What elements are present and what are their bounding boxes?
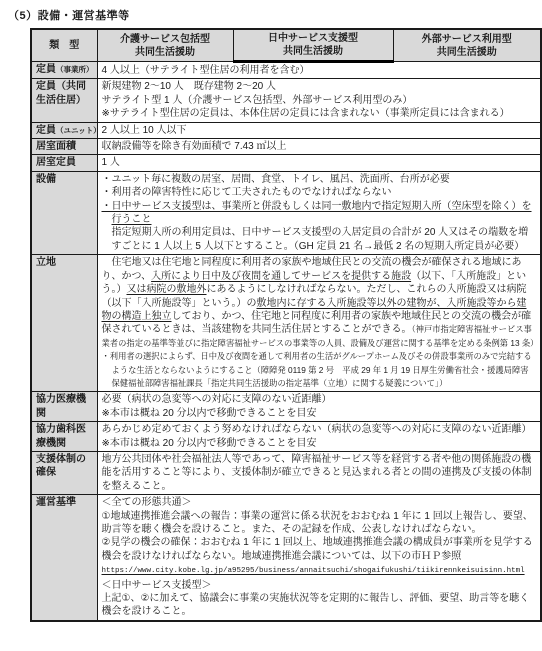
text-segment: 指定短期入所の利用定員は、日中サービス支援型の入居定員の合計が 20 人又はその… (112, 227, 529, 251)
text-segment: ①地域連携推進会議への報告：事業の運営に係る状況をおおむね 1 年に 1 回以上… (102, 511, 533, 535)
text-segment: サテライト型 1 人（介護サービス包括型、外部サービス利用型のみ） (102, 95, 413, 106)
text-segment: ・利用者の選択によらず、日中及び夜間を通して利用者の生活がグループホーム及びその… (102, 351, 532, 388)
text-segment: 支援体制の (36, 454, 86, 465)
row-content-capacity-office: 4 人以上（サテライト型住居の利用者を含む） (97, 62, 541, 79)
text-line: 確保 (36, 466, 93, 479)
text-segment: 居室面積 (36, 141, 76, 152)
text-segment: 協力歯科医療機関 (36, 424, 86, 448)
column-header-line: 共同生活援助 (395, 46, 540, 59)
text-line: 居室定員 (36, 156, 93, 169)
text-segment: 地方公共団体や社会福祉法人等であって、障害福祉サービス等を経営する者や他の関係施… (102, 454, 532, 492)
text-segment: 定員 (36, 64, 56, 75)
column-header-nitchu-shien: 日中サービス支援型共同生活援助 (233, 29, 393, 62)
table-row-dental-partner: 協力歯科医療機関あらかじめ定めておくよう努めなければならない（病状の急変等への対… (31, 422, 541, 452)
table-row-operation-standards: 運営基準＜全ての形態共通＞①地域連携推進会議への報告：事業の運営に係る状況をおお… (31, 495, 541, 621)
text-line: 立地 (36, 256, 93, 269)
column-header-gaibu-riyo: 外部サービス利用型共同生活援助 (393, 29, 541, 62)
text-line: ・利用者の選択によらず、日中及び夜間を通して利用者の生活がグループホーム及びその… (102, 350, 537, 390)
row-label-room-capacity: 居室定員 (31, 155, 97, 171)
row-content-medical-partner: 必要（病状の急変等への対応に支障のない近距離）※本市は概ね 20 分以内で移動で… (97, 392, 541, 422)
text-segment: 収納設備等を除き有効面積で 7.43 ㎡以上 (102, 141, 287, 152)
table-row-capacity-unit: 定員（ユニット）2 人以上 10 人以下 (31, 122, 541, 138)
text-segment: 必要（病状の急変等への対応に支障のない近距離） (102, 394, 332, 405)
row-content-capacity-residence: 新規建物 2～10 人 既存建物 2～20 人サテライト型 1 人（介護サービス… (97, 79, 541, 122)
text-segment: ②見学の機会の確保：おおむね 1 年に 1 回以上、地域連携推進会議の構成員が事… (102, 537, 533, 561)
table-row-room-capacity: 居室定員1 人 (31, 155, 541, 171)
row-label-capacity-residence: 定員（共同生活住居） (31, 79, 97, 122)
row-content-dental-partner: あらかじめ定めておくよう努めなければならない（病状の急変等への対応に支障のない近… (97, 422, 541, 452)
text-line: https://www.city.kobe.lg.jp/a95295/busin… (102, 563, 537, 578)
row-content-location: 住宅地又は住宅地と同程度に利用者の家族や地域住民との交流の機会が確保される地域に… (97, 255, 541, 392)
text-line: 上記①、②に加えて、協議会に事業の実施状況等を定期的に報告し、評価、要望、助言等… (102, 592, 537, 619)
corner-cell-category-label: 類 型 (31, 29, 97, 62)
text-segment: 定員 (36, 125, 56, 136)
text-segment: （ユニット） (56, 126, 101, 135)
text-segment: 入所により日中及び夜間を通してサービスを提供する施設 (151, 271, 411, 282)
header-row: 類 型介護サービス包括型共同生活援助日中サービス支援型共同生活援助外部サービス利… (31, 29, 541, 62)
column-header-line: 日中サービス支援型 (235, 32, 392, 45)
table-row-room-area: 居室面積収納設備等を除き有効面積で 7.43 ㎡以上 (31, 139, 541, 155)
text-segment: 新規建物 2～10 人 既存建物 2～20 人 (102, 81, 276, 92)
text-line: 住宅地又は住宅地と同程度に利用者の家族や地域住民との交流の機会が確保される地域に… (102, 256, 537, 350)
table-row-medical-partner: 協力医療機関必要（病状の急変等への対応に支障のない近距離）※本市は概ね 20 分… (31, 392, 541, 422)
text-segment: ※サテライト型住居の定員は、本体住居の定員には含まれない（事業所定員には含まれる… (102, 108, 510, 119)
text-segment: ・利用者の障害特性に応じて工夫されたものでなければならない (102, 187, 392, 198)
row-label-location: 立地 (31, 255, 97, 392)
column-header-line: 介護サービス包括型 (99, 33, 232, 46)
table-row-equipment: 設備・ユニット毎に複数の居室、居間、食堂、トイレ、風呂、洗面所、台所が必要・利用… (31, 171, 541, 254)
section-title: （5）設備・運営基準等 (8, 7, 540, 23)
text-segment: 設備 (36, 174, 56, 185)
text-line: 運営基準 (36, 496, 93, 509)
row-label-support-system: 支援体制の確保 (31, 451, 97, 494)
text-line: 必要（病状の急変等への対応に支障のない近距離） (102, 393, 537, 406)
text-line: あらかじめ定めておくよう努めなければならない（病状の急変等への対応に支障のない近… (102, 423, 537, 450)
text-line: 1 人 (102, 156, 537, 169)
text-line: サテライト型 1 人（介護サービス包括型、外部サービス利用型のみ） (102, 94, 537, 107)
text-segment: 立地 (36, 257, 56, 268)
row-label-medical-partner: 協力医療機関 (31, 392, 97, 422)
kobe-city-hp-link[interactable]: https://www.city.kobe.lg.jp/a95295/busin… (102, 567, 525, 575)
column-header-line: 共同生活援助 (99, 46, 232, 59)
text-segment: ＜日中サービス支援型＞ (102, 580, 212, 591)
text-segment: ※本市は概ね 20 分以内で移動できることを目安 (102, 408, 317, 419)
text-line: 指定短期入所の利用定員は、日中サービス支援型の入居定員の合計が 20 人又はその… (102, 226, 537, 253)
text-line: ※本市は概ね 20 分以内で移動できることを目安 (102, 407, 537, 420)
text-line: 定員（共同生活住居） (36, 80, 93, 107)
table-body: 定員（事業所）4 人以上（サテライト型住居の利用者を含む）定員（共同生活住居）新… (31, 62, 541, 621)
table-row-capacity-office: 定員（事業所）4 人以上（サテライト型住居の利用者を含む） (31, 62, 541, 79)
text-line: 設備 (36, 173, 93, 186)
text-segment: （事業所） (56, 65, 94, 74)
text-line: 協力歯科医療機関 (36, 423, 93, 450)
text-segment: 居室定員 (36, 157, 76, 168)
row-label-room-area: 居室面積 (31, 139, 97, 155)
column-header-line: 外部サービス利用型 (395, 33, 540, 46)
text-line: ・日中サービス支援型は、事業所と併設もしくは同一敷地内で指定短期入所（空床型を除… (102, 200, 537, 227)
row-label-capacity-office: 定員（事業所） (31, 62, 97, 79)
text-line: 地方公共団体や社会福祉法人等であって、障害福祉サービス等を経営する者や他の関係施… (102, 453, 537, 493)
text-segment: 協力医療機関 (36, 394, 86, 418)
text-segment: 1 人 (102, 157, 120, 168)
text-segment: 上記①、②に加えて、協議会に事業の実施状況等を定期的に報告し、評価、要望、助言等… (102, 593, 530, 617)
text-line: ①地域連携推進会議への報告：事業の運営に係る状況をおおむね 1 年に 1 回以上… (102, 510, 537, 537)
standards-table: 類 型介護サービス包括型共同生活援助日中サービス支援型共同生活援助外部サービス利… (30, 28, 542, 622)
text-line: ＜全ての形態共通＞ (102, 496, 537, 509)
text-line: 居室面積 (36, 140, 93, 153)
table-row-capacity-residence: 定員（共同生活住居）新規建物 2～10 人 既存建物 2～20 人サテライト型 … (31, 79, 541, 122)
column-header-line: 共同生活援助 (235, 45, 392, 58)
row-label-operation-standards: 運営基準 (31, 495, 97, 621)
text-line: ※サテライト型住居の定員は、本体住居の定員には含まれない（事業所定員には含まれる… (102, 107, 537, 120)
row-content-capacity-unit: 2 人以上 10 人以下 (97, 122, 541, 138)
text-line: 収納設備等を除き有効面積で 7.43 ㎡以上 (102, 140, 537, 153)
text-segment: ・ユニット毎に複数の居室、居間、食堂、トイレ、風呂、洗面所、台所が必要 (102, 174, 450, 185)
text-line: ②見学の機会の確保：おおむね 1 年に 1 回以上、地域連携推進会議の構成員が事… (102, 536, 537, 563)
text-line: 支援体制の (36, 453, 93, 466)
row-label-dental-partner: 協力歯科医療機関 (31, 422, 97, 452)
text-line: 4 人以上（サテライト型住居の利用者を含む） (102, 64, 537, 77)
row-content-equipment: ・ユニット毎に複数の居室、居間、食堂、トイレ、風呂、洗面所、台所が必要・利用者の… (97, 171, 541, 254)
text-segment: ・日中サービス支援型は、事業所と併設もしくは同一敷地内で指定短期入所（空床型を除… (102, 201, 532, 225)
column-header-kaigo-hokatsu: 介護サービス包括型共同生活援助 (97, 29, 233, 62)
text-segment: 定員（共同生活住居） (36, 81, 86, 105)
text-segment: 2 人以上 10 人以下 (102, 125, 187, 136)
text-segment: 又は病院の敷地外 (127, 284, 207, 295)
row-content-operation-standards: ＜全ての形態共通＞①地域連携推進会議への報告：事業の運営に係る状況をおおむね 1… (97, 495, 541, 621)
text-line: ・利用者の障害特性に応じて工夫されたものでなければならない (102, 186, 537, 199)
text-line: 協力医療機関 (36, 393, 93, 420)
text-segment: 確保 (36, 467, 56, 478)
document-page: （5）設備・運営基準等 類 型介護サービス包括型共同生活援助日中サービス支援型共… (0, 0, 542, 622)
text-line: 定員（事業所） (36, 63, 93, 76)
text-line: ＜日中サービス支援型＞ (102, 579, 537, 592)
text-segment: 4 人以上（サテライト型住居の利用者を含む） (102, 65, 310, 76)
table-row-location: 立地住宅地又は住宅地と同程度に利用者の家族や地域住民との交流の機会が確保される地… (31, 255, 541, 392)
table-row-support-system: 支援体制の確保地方公共団体や社会福祉法人等であって、障害福祉サービス等を経営する… (31, 451, 541, 494)
row-label-equipment: 設備 (31, 171, 97, 254)
text-segment: 運営基準 (36, 497, 76, 508)
text-line: 2 人以上 10 人以下 (102, 124, 537, 137)
text-segment: ＜全ての形態共通＞ (102, 497, 192, 508)
row-label-capacity-unit: 定員（ユニット） (31, 122, 97, 138)
text-line: 定員（ユニット） (36, 124, 93, 137)
row-content-room-capacity: 1 人 (97, 155, 541, 171)
text-segment: あらかじめ定めておくよう努めなければならない（病状の急変等への対応に支障のない近… (102, 424, 532, 448)
text-line: ・ユニット毎に複数の居室、居間、食堂、トイレ、風呂、洗面所、台所が必要 (102, 173, 537, 186)
table-header: 類 型介護サービス包括型共同生活援助日中サービス支援型共同生活援助外部サービス利… (31, 29, 541, 62)
row-content-room-area: 収納設備等を除き有効面積で 7.43 ㎡以上 (97, 139, 541, 155)
text-line: 新規建物 2～10 人 既存建物 2～20 人 (102, 80, 537, 93)
row-content-support-system: 地方公共団体や社会福祉法人等であって、障害福祉サービス等を経営する者や他の関係施… (97, 451, 541, 494)
